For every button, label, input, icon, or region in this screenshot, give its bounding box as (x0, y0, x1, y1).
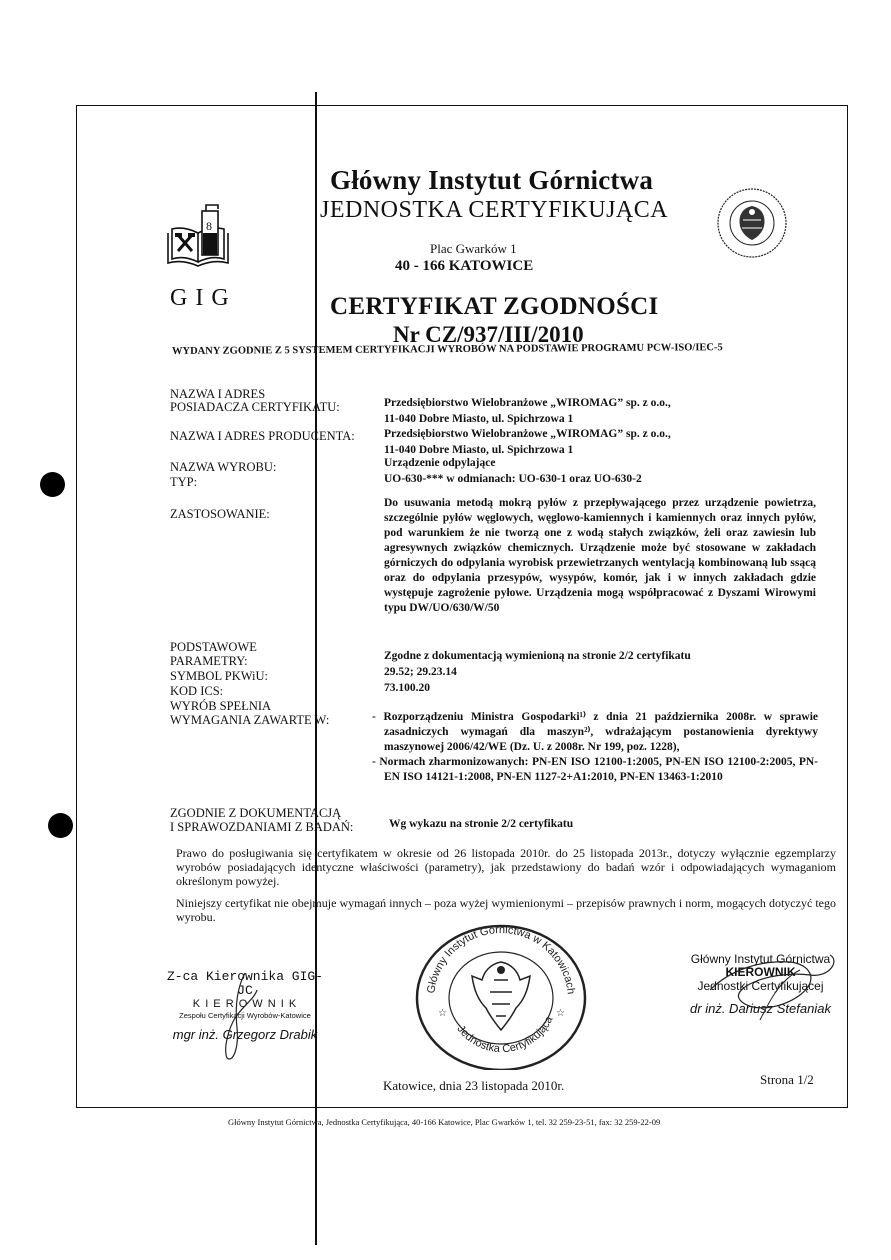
requirements-list: - Rozporządzeniu Ministra Gospodarki¹⁾ z… (372, 710, 818, 785)
certificate-title: CERTYFIKAT ZGODNOŚCI (330, 293, 659, 321)
official-stamp-icon: Główny Instytut Górnictwa w Katowicach J… (412, 920, 590, 1070)
emblem-stamp-icon (712, 186, 792, 260)
validity-text: Prawo do posługiwania się certyfikatem w… (176, 846, 836, 888)
signature-right-line3: Jednostki Certyfikującej (668, 979, 853, 993)
docs-value: Wg wykazu na stronie 2/2 certyfikatu (389, 817, 573, 832)
type-label: TYP: (170, 476, 197, 489)
punch-hole-top (40, 472, 65, 497)
svg-text:☆: ☆ (438, 1008, 447, 1019)
pkwiu-label: SYMBOL PKWiU: (170, 670, 268, 683)
producer-value-1: Przedsiębiorstwo Wielobranżowe „WIROMAG”… (384, 427, 671, 442)
requirements-label-1: WYRÓB SPEŁNIA (170, 700, 271, 713)
application-value: Do usuwania metodą mokrą pyłów z przepły… (384, 496, 816, 616)
ics-value: 73.100.20 (384, 681, 430, 696)
application-label: ZASTOSOWANIE: (170, 508, 270, 521)
address-street: Plac Gwarków 1 (430, 241, 517, 257)
signature-left: Z-ca Kierownika GIG-JC K I E R O W N I K… (160, 970, 330, 1042)
fold-line (315, 92, 317, 1245)
product-value: Urządzenie odpylające (384, 456, 495, 471)
requirement-item: - Rozporządzeniu Ministra Gospodarki¹⁾ z… (372, 710, 818, 755)
requirements-label-2: WYMAGANIA ZAWARTE W: (170, 714, 329, 727)
signature-left-line2: K I E R O W N I K (160, 998, 330, 1010)
pkwiu-value: 29.52; 29.23.14 (384, 665, 457, 680)
signature-right-line2: KIEROWNIK (668, 966, 853, 979)
params-label-2: PARAMETRY: (170, 655, 248, 668)
params-value: Zgodne z dokumentacją wymienioną na stro… (384, 649, 691, 664)
svg-text:☆: ☆ (556, 1008, 565, 1019)
params-label-1: PODSTAWOWE (170, 641, 257, 654)
place-date: Katowice, dnia 23 listopada 2010r. (383, 1078, 564, 1094)
product-label: NAZWA WYROBU: (170, 461, 276, 474)
docs-label-2: I SPRAWOZDANIAMI Z BADAŃ: (170, 821, 353, 834)
signature-left-line3: Zespołu Certyfikacji Wyrobów-Katowice (160, 1010, 330, 1021)
holder-value-2: 11-040 Dobre Miasto, ul. Spichrzowa 1 (384, 412, 573, 427)
holder-label-2: POSIADACZA CERTYFIKATU: (170, 401, 340, 414)
signature-right-name: dr inż. Dariusz Stefaniak (668, 1001, 853, 1016)
holder-value-1: Przedsiębiorstwo Wielobranżowe „WIROMAG”… (384, 396, 671, 411)
svg-text:8: 8 (206, 219, 212, 233)
gig-logo-icon: 8 (162, 203, 238, 278)
signature-left-name: mgr inż. Grzegorz Drabik (160, 1027, 330, 1042)
producer-label: NAZWA I ADRES PRODUCENTA: (170, 430, 355, 443)
docs-label-1: ZGODNIE Z DOKUMENTACJĄ (170, 807, 341, 820)
page-number: Strona 1/2 (760, 1072, 814, 1088)
type-value: UO-630-*** w odmianach: UO-630-1 oraz UO… (384, 472, 642, 487)
signature-left-line1: Z-ca Kierownika GIG-JC (160, 970, 330, 998)
institute-name: Główny Instytut Górnictwa (330, 165, 653, 196)
gig-logo-text: GIG (170, 285, 237, 312)
address-city: 40 - 166 KATOWICE (395, 258, 533, 275)
footer-contact: Główny Instytut Górnictwa, Jednostka Cer… (228, 1117, 660, 1127)
signature-right: Główny Instytut Górnictwa KIEROWNIK Jedn… (668, 953, 853, 1016)
punch-hole-bottom (48, 813, 73, 838)
requirement-item: - Normach zharmonizowanych: PN-EN ISO 12… (372, 755, 818, 785)
ics-label: KOD ICS: (170, 685, 223, 698)
unit-name: JEDNOSTKA CERTYFIKUJĄCA (320, 197, 668, 224)
